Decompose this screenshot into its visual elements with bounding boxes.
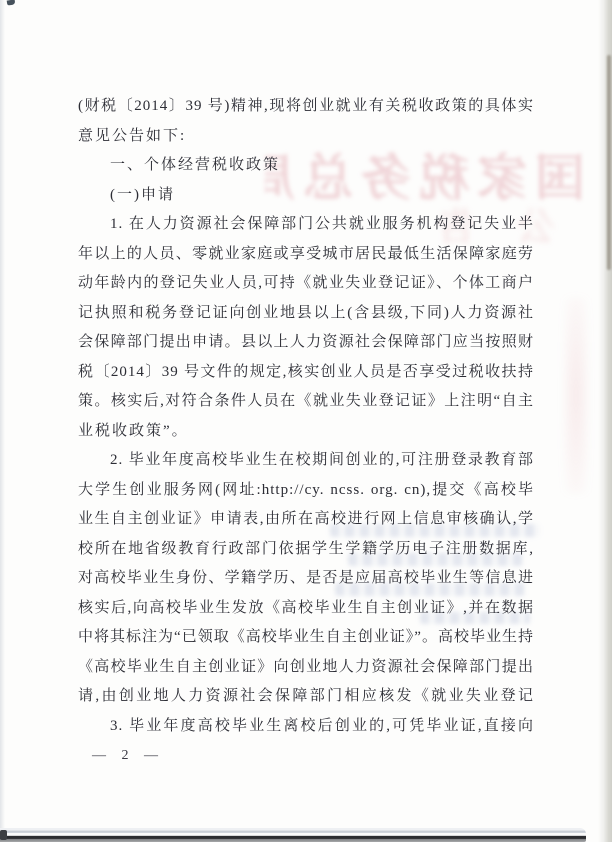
text-line: 年以上的人员、零就业家庭或享受城市居民最低生活保障家庭劳: [78, 240, 534, 270]
text-line: (财税〔2014〕39 号)精神,现将创业就业有关税收政策的具体实施: [78, 92, 534, 122]
text-line: 中将其标注为“已领取《高校毕业生自主创业证》”。高校毕业生持: [78, 623, 534, 653]
page-number: — 2 —: [92, 748, 164, 764]
page-stack-bottom-edge: [0, 828, 586, 842]
text-line: 业生自主创业证》申请表,由所在高校进行网上信息审核确认,学: [78, 505, 534, 535]
text-line: 记执照和税务登记证向创业地县以上(含县级,下同)人力资源社: [78, 299, 534, 329]
text-line: 校所在地省级教育行政部门依据学生学籍学历电子注册数据库,: [78, 535, 534, 565]
page-left-edge-shadow: [0, 0, 5, 842]
bleedthrough-streak: [564, 298, 588, 493]
text-line: 动年龄内的登记失业人员,可持《就业失业登记证》、个体工商户登: [78, 269, 534, 299]
text-line: 《高校毕业生自主创业证》向创业地人力资源社会保障部门提出申: [78, 653, 534, 683]
text-line: 3. 毕业年度高校毕业生离校后创业的,可凭毕业证,直接向: [78, 712, 534, 742]
text-line: 2. 毕业年度高校毕业生在校期间创业的,可注册登录教育部: [78, 446, 534, 476]
text-line: 对高校毕业生身份、学籍学历、是否是应届高校毕业生等信息进行: [78, 564, 534, 594]
text-line: (一)申请: [78, 181, 534, 211]
page-right-edge-line: [607, 55, 611, 270]
text-line: 大学生创业服务网(网址:http://cy. ncss. org. cn),提交…: [78, 476, 534, 506]
scanned-page: 国家税务总局 公告 (财税〔2014〕39 号)精神,现将创业就业有关税收政策的…: [0, 0, 612, 842]
text-line: 请,由创业地人力资源社会保障部门相应核发《就业失业登记证》。: [78, 682, 534, 712]
scan-bottom-left-mark: [0, 830, 7, 840]
text-line: 一、个体经营税收政策: [78, 151, 534, 181]
text-line: 税〔2014〕39 号文件的规定,核实创业人员是否享受过税收扶持政: [78, 358, 534, 388]
scan-corner-mark: [7, 0, 16, 6]
document-lines: (财税〔2014〕39 号)精神,现将创业就业有关税收政策的具体实施意见公告如下…: [78, 92, 534, 741]
text-line: 会保障部门提出申请。县以上人力资源社会保障部门应当按照财: [78, 328, 534, 358]
text-line: 策。核实后,对符合条件人员在《就业失业登记证》上注明“自主创: [78, 387, 534, 417]
text-line: 核实后,向高校毕业生发放《高校毕业生自主创业证》,并在数据库: [78, 594, 534, 624]
text-line: 1. 在人力资源社会保障部门公共就业服务机构登记失业半: [78, 210, 534, 240]
text-line: 意见公告如下:: [78, 122, 534, 152]
text-line: 业税收政策”。: [78, 417, 534, 447]
